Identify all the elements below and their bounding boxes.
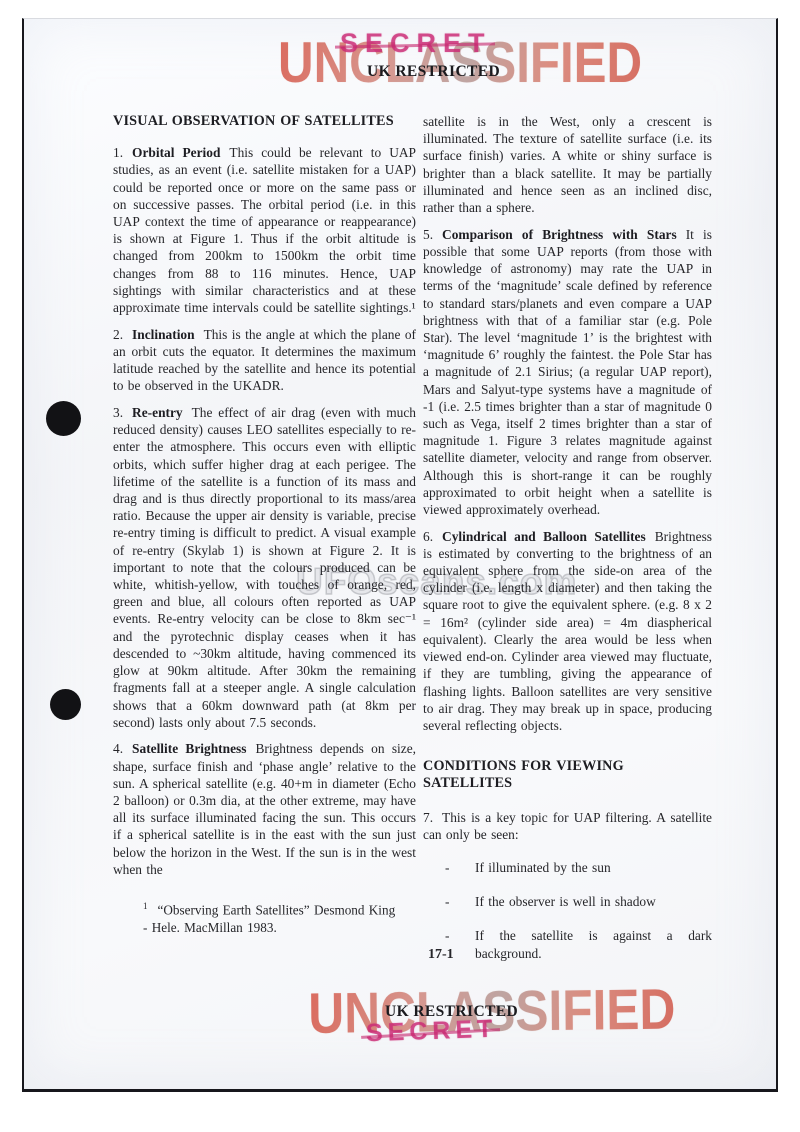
hole-punch-top	[46, 401, 81, 436]
footnote-text: “Observing Earth Satellites” Desmond Kin…	[143, 902, 395, 934]
paragraph-7-key-topic: 7.This is a key topic for UAP filtering.…	[423, 809, 712, 843]
paragraph-4-continuation: satellite is in the West, only a crescen…	[423, 113, 712, 216]
paragraph-title: Comparison of Brightness with Stars	[442, 227, 677, 242]
paragraph-number: 7.	[423, 810, 433, 825]
footnote: 1“Observing Earth Satellites” Desmond Ki…	[143, 898, 401, 936]
secret-stamp-bottom: SECRET	[366, 1015, 498, 1049]
paragraph-body: This could be relevant to UAP studies, a…	[113, 145, 416, 315]
paragraph-number: 5.	[423, 227, 433, 242]
paragraph-6-cylindrical-balloon-satellites: 6.Cylindrical and Balloon SatellitesBrig…	[423, 528, 712, 734]
bullet-dash: -	[445, 893, 475, 910]
right-column: satellite is in the West, only a crescen…	[423, 113, 712, 979]
paragraph-title: Satellite Brightness	[132, 741, 246, 756]
classification-marking-top: UK RESTRICTED	[367, 63, 500, 81]
scanned-page: UNCLASSIFIED SECRET UK RESTRICTED UFOsca…	[22, 18, 778, 1092]
paragraph-body: It is possible that some UAP reports (fr…	[423, 227, 712, 517]
paragraph-5-comparison-brightness-stars: 5.Comparison of Brightness with StarsIt …	[423, 226, 712, 518]
paragraph-number: 3.	[113, 405, 123, 420]
paragraph-body: This is a key topic for UAP filtering. A…	[423, 810, 712, 842]
paragraph-number: 1.	[113, 145, 123, 160]
bullet-item: -If the satellite is against a dark back…	[445, 927, 712, 961]
paragraph-title: Orbital Period	[132, 145, 220, 160]
paragraph-number: 6.	[423, 529, 433, 544]
bullet-list: -If illuminated by the sun -If the obser…	[445, 859, 712, 962]
hole-punch-bottom	[50, 689, 81, 720]
paragraph-number: 4.	[113, 741, 123, 756]
paragraph-number: 2.	[113, 327, 123, 342]
paragraph-title: Inclination	[132, 327, 195, 342]
paragraph-title: Re-entry	[132, 405, 183, 420]
section-heading-conditions-viewing: CONDITIONS FOR VIEWING SATELLITES	[423, 758, 712, 792]
section-heading-visual-observation: VISUAL OBSERVATION OF SATELLITES	[113, 113, 416, 130]
left-column: VISUAL OBSERVATION OF SATELLITES 1.Orbit…	[113, 113, 416, 936]
bullet-text: If the satellite is against a dark backg…	[475, 927, 712, 961]
bullet-dash: -	[445, 859, 475, 876]
bullet-item: -If illuminated by the sun	[445, 859, 712, 876]
paragraph-1-orbital-period: 1.Orbital PeriodThis could be relevant t…	[113, 144, 416, 316]
paragraph-4-satellite-brightness: 4.Satellite BrightnessBrightness depends…	[113, 740, 416, 878]
footnote-marker: 1	[143, 901, 148, 911]
paragraph-body: Brightness is estimated by converting to…	[423, 529, 712, 733]
bullet-item: -If the observer is well in shadow	[445, 893, 712, 910]
bullet-text: If illuminated by the sun	[475, 859, 712, 876]
paragraph-body: The effect of air drag (even with much r…	[113, 405, 416, 730]
paragraph-title: Cylindrical and Balloon Satellites	[442, 529, 646, 544]
paragraph-3-re-entry: 3.Re-entryThe effect of air drag (even w…	[113, 404, 416, 731]
secret-stamp-top: SECRET	[340, 28, 492, 59]
paragraph-2-inclination: 2.InclinationThis is the angle at which …	[113, 326, 416, 395]
page-number: 17-1	[428, 947, 454, 963]
paragraph-body: Brightness depends on size, shape, surfa…	[113, 741, 416, 876]
paragraph-body: satellite is in the West, only a crescen…	[423, 114, 712, 215]
bullet-text: If the observer is well in shadow	[475, 893, 712, 910]
